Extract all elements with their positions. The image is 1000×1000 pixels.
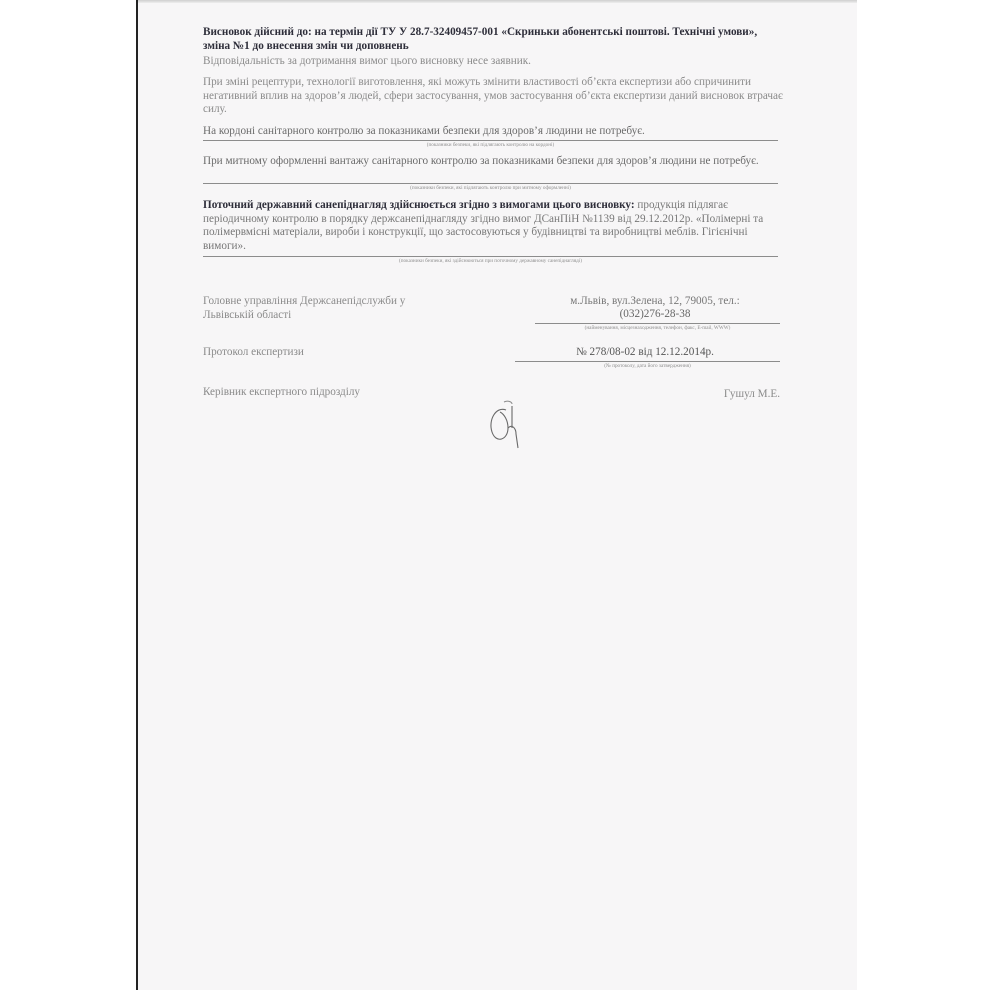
signature-mark	[478, 398, 548, 453]
current-supervision-caption: (показники безпеки, які здійснюються при…	[203, 258, 778, 264]
border-control-caption: (показники безпеки, які підлягають контр…	[203, 142, 778, 148]
current-supervision-rule	[203, 256, 778, 257]
protocol-value: № 278/08-02 від 12.12.2014р.	[515, 346, 775, 360]
document-page	[136, 0, 857, 990]
page-top-edge	[138, 0, 857, 3]
current-supervision-lead: Поточний державний санепіднагляд здійсню…	[203, 199, 635, 211]
authority-address-line1: м.Львів, вул.Зелена, 12, 79005, тел.:	[535, 295, 775, 309]
border-control-rule	[203, 140, 778, 141]
border-control-text: На кордоні санітарного контролю за показ…	[203, 125, 783, 139]
validity-statement: Висновок дійсний до: на термін дії ТУ У …	[203, 26, 783, 53]
head-name: Гушул М.Е.	[690, 388, 780, 402]
authority-address-line2: (032)276-28-38	[535, 308, 775, 322]
authority-rule	[535, 323, 780, 324]
customs-control-rule	[203, 183, 778, 184]
responsibility-statement: Відповідальність за дотримання вимог цьо…	[203, 55, 783, 69]
protocol-caption: (№ протоколу, дата його затвердження)	[515, 363, 780, 369]
authority-caption: (найменування, місцезнаходження, телефон…	[535, 325, 780, 331]
current-supervision-text: Поточний державний санепіднагляд здійсню…	[203, 199, 783, 253]
customs-control-caption: (показники безпеки, які підлягають контр…	[203, 185, 778, 191]
protocol-rule	[515, 361, 780, 362]
head-label: Керівник експертного підрозділу	[203, 386, 423, 400]
authority-label: Головне управління Держсанепідслужби у Л…	[203, 295, 418, 322]
protocol-label: Протокол експертизи	[203, 346, 403, 360]
change-notice: При зміні рецептури, технології виготовл…	[203, 76, 783, 117]
customs-control-text: При митному оформленні вантажу санітарно…	[203, 155, 763, 169]
